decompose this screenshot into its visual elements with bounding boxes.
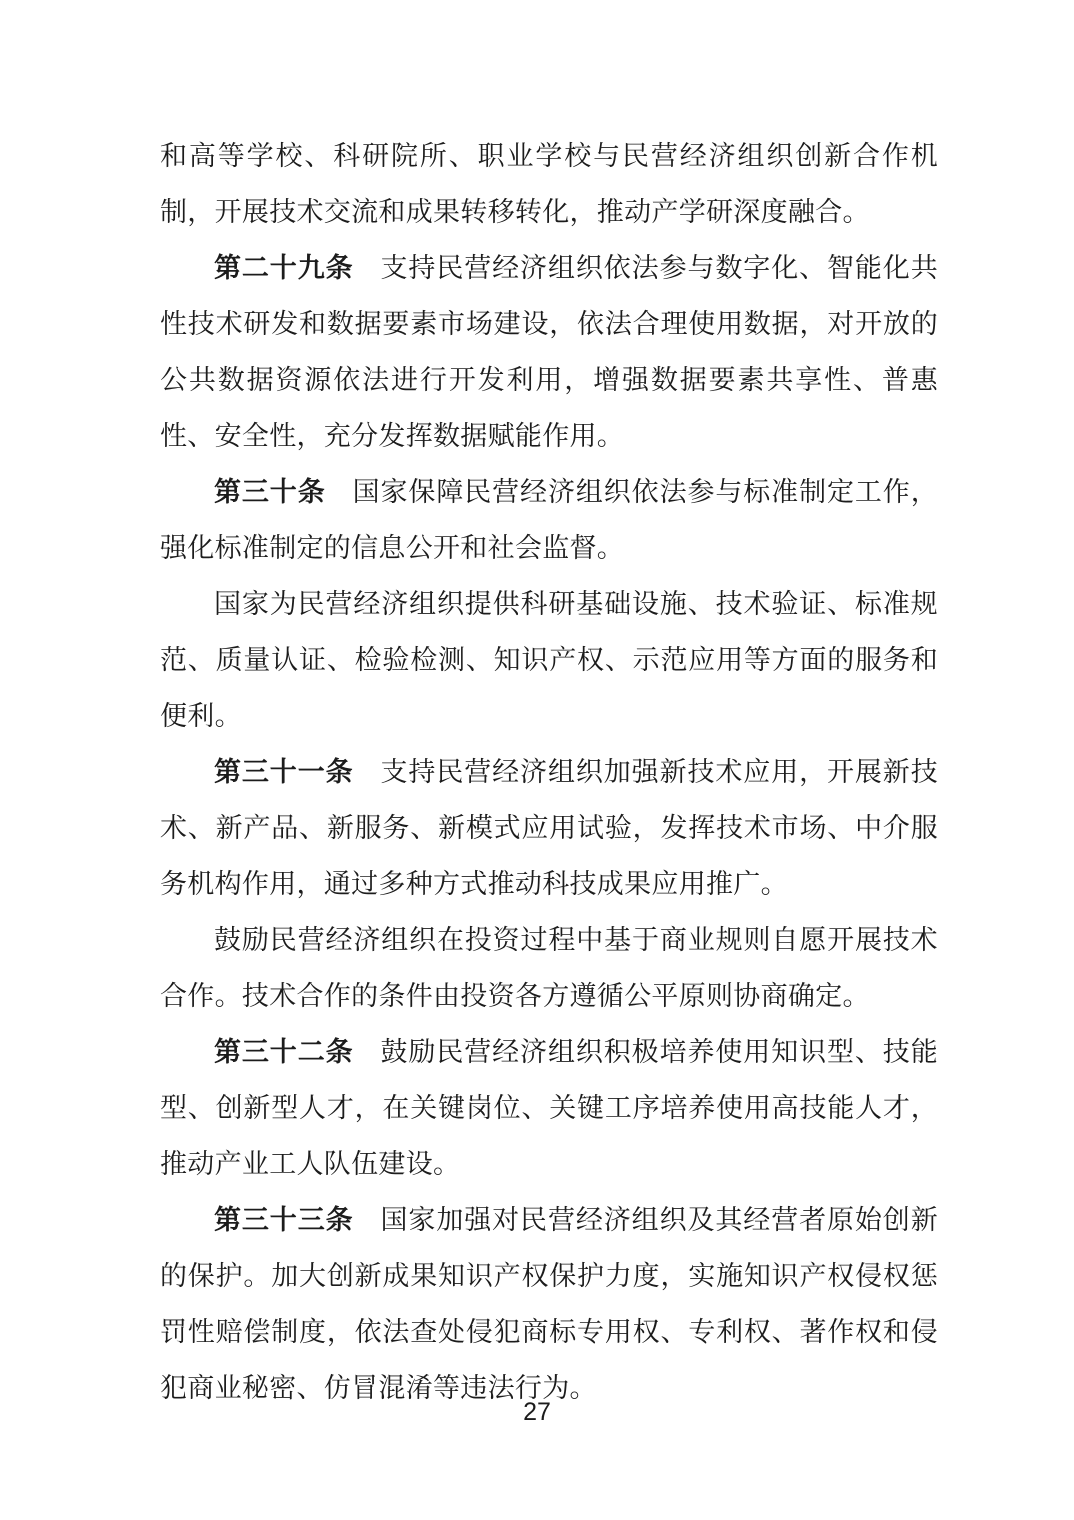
- article-30-paragraph-2: 国家为民营经济组织提供科研基础设施、技术验证、标准规范、质量认证、检验检测、知识…: [160, 576, 938, 744]
- article-number: 第三十条: [214, 477, 326, 507]
- article-number: 第三十三条: [214, 1205, 354, 1235]
- article-number: 第三十一条: [214, 757, 354, 787]
- document-body: 和高等学校、科研院所、职业学校与民营经济组织创新合作机制，开展技术交流和成果转移…: [160, 128, 938, 1416]
- article-32-paragraph: 第三十二条鼓励民营经济组织积极培养使用知识型、技能型、创新型人才，在关键岗位、关…: [160, 1024, 938, 1192]
- article-30-paragraph: 第三十条国家保障民营经济组织依法参与标准制定工作，强化标准制定的信息公开和社会监…: [160, 464, 938, 576]
- document-page: 和高等学校、科研院所、职业学校与民营经济组织创新合作机制，开展技术交流和成果转移…: [0, 0, 1074, 1520]
- paragraph-text: 鼓励民营经济组织在投资过程中基于商业规则自愿开展技术合作。技术合作的条件由投资各…: [160, 925, 938, 1011]
- article-number: 第二十九条: [214, 253, 354, 283]
- article-31-paragraph: 第三十一条支持民营经济组织加强新技术应用，开展新技术、新产品、新服务、新模式应用…: [160, 744, 938, 912]
- paragraph-continuation: 和高等学校、科研院所、职业学校与民营经济组织创新合作机制，开展技术交流和成果转移…: [160, 128, 938, 240]
- article-29-paragraph: 第二十九条支持民营经济组织依法参与数字化、智能化共性技术研发和数据要素市场建设，…: [160, 240, 938, 464]
- article-number: 第三十二条: [214, 1037, 354, 1067]
- page-number: 27: [0, 1398, 1074, 1427]
- paragraph-text: 和高等学校、科研院所、职业学校与民营经济组织创新合作机制，开展技术交流和成果转移…: [160, 141, 938, 227]
- article-33-paragraph: 第三十三条国家加强对民营经济组织及其经营者原始创新的保护。加大创新成果知识产权保…: [160, 1192, 938, 1416]
- article-31-paragraph-2: 鼓励民营经济组织在投资过程中基于商业规则自愿开展技术合作。技术合作的条件由投资各…: [160, 912, 938, 1024]
- paragraph-text: 国家为民营经济组织提供科研基础设施、技术验证、标准规范、质量认证、检验检测、知识…: [160, 589, 938, 731]
